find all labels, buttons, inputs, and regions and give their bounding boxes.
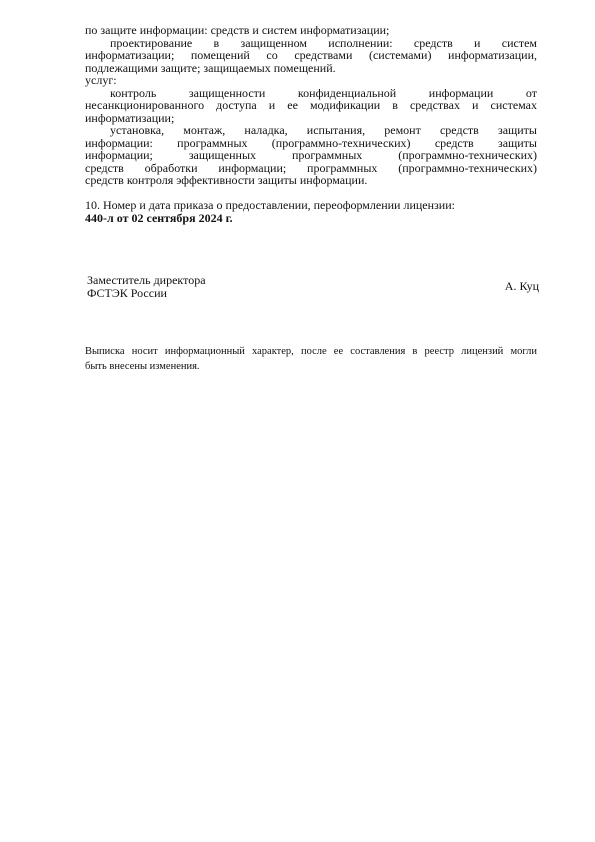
body-text-line: 10. Номер и дата приказа о предоставлени…	[85, 199, 537, 212]
body-text-line: по защите информации: средств и систем и…	[85, 24, 537, 37]
body-text-line: услуг:	[85, 74, 537, 87]
signature-block: Заместитель директора ФСТЭК России А. Ку…	[87, 274, 539, 299]
body-text-line: несанкционированного доступа и ее модифи…	[85, 99, 537, 112]
body-text-line: установка, монтаж, наладка, испытания, р…	[85, 124, 537, 137]
license-extract-page: по защите информации: средств и систем и…	[0, 0, 595, 842]
signer-name: А. Куц	[505, 280, 539, 293]
body-text-block: по защите информации: средств и систем и…	[85, 24, 537, 224]
signer-title-line2: ФСТЭК России	[87, 287, 206, 300]
footer-note-line: быть внесены изменения.	[85, 360, 537, 375]
footer-note-line: Выписка носит информационный характер, п…	[85, 345, 537, 360]
signer-title: Заместитель директора ФСТЭК России	[87, 274, 206, 299]
body-text-line: средств контроля эффективности защиты ин…	[85, 174, 537, 187]
body-text-line: информации; защищенных программных (прог…	[85, 149, 537, 162]
body-text-line: подлежащими защите; защищаемых помещений…	[85, 62, 537, 75]
signer-title-line1: Заместитель директора	[87, 274, 206, 287]
body-text-line: 440-л от 02 сентября 2024 г.	[85, 212, 537, 225]
footer-note: Выписка носит информационный характер, п…	[85, 345, 537, 374]
body-text-line: информатизации; помещений со средствами …	[85, 49, 537, 62]
